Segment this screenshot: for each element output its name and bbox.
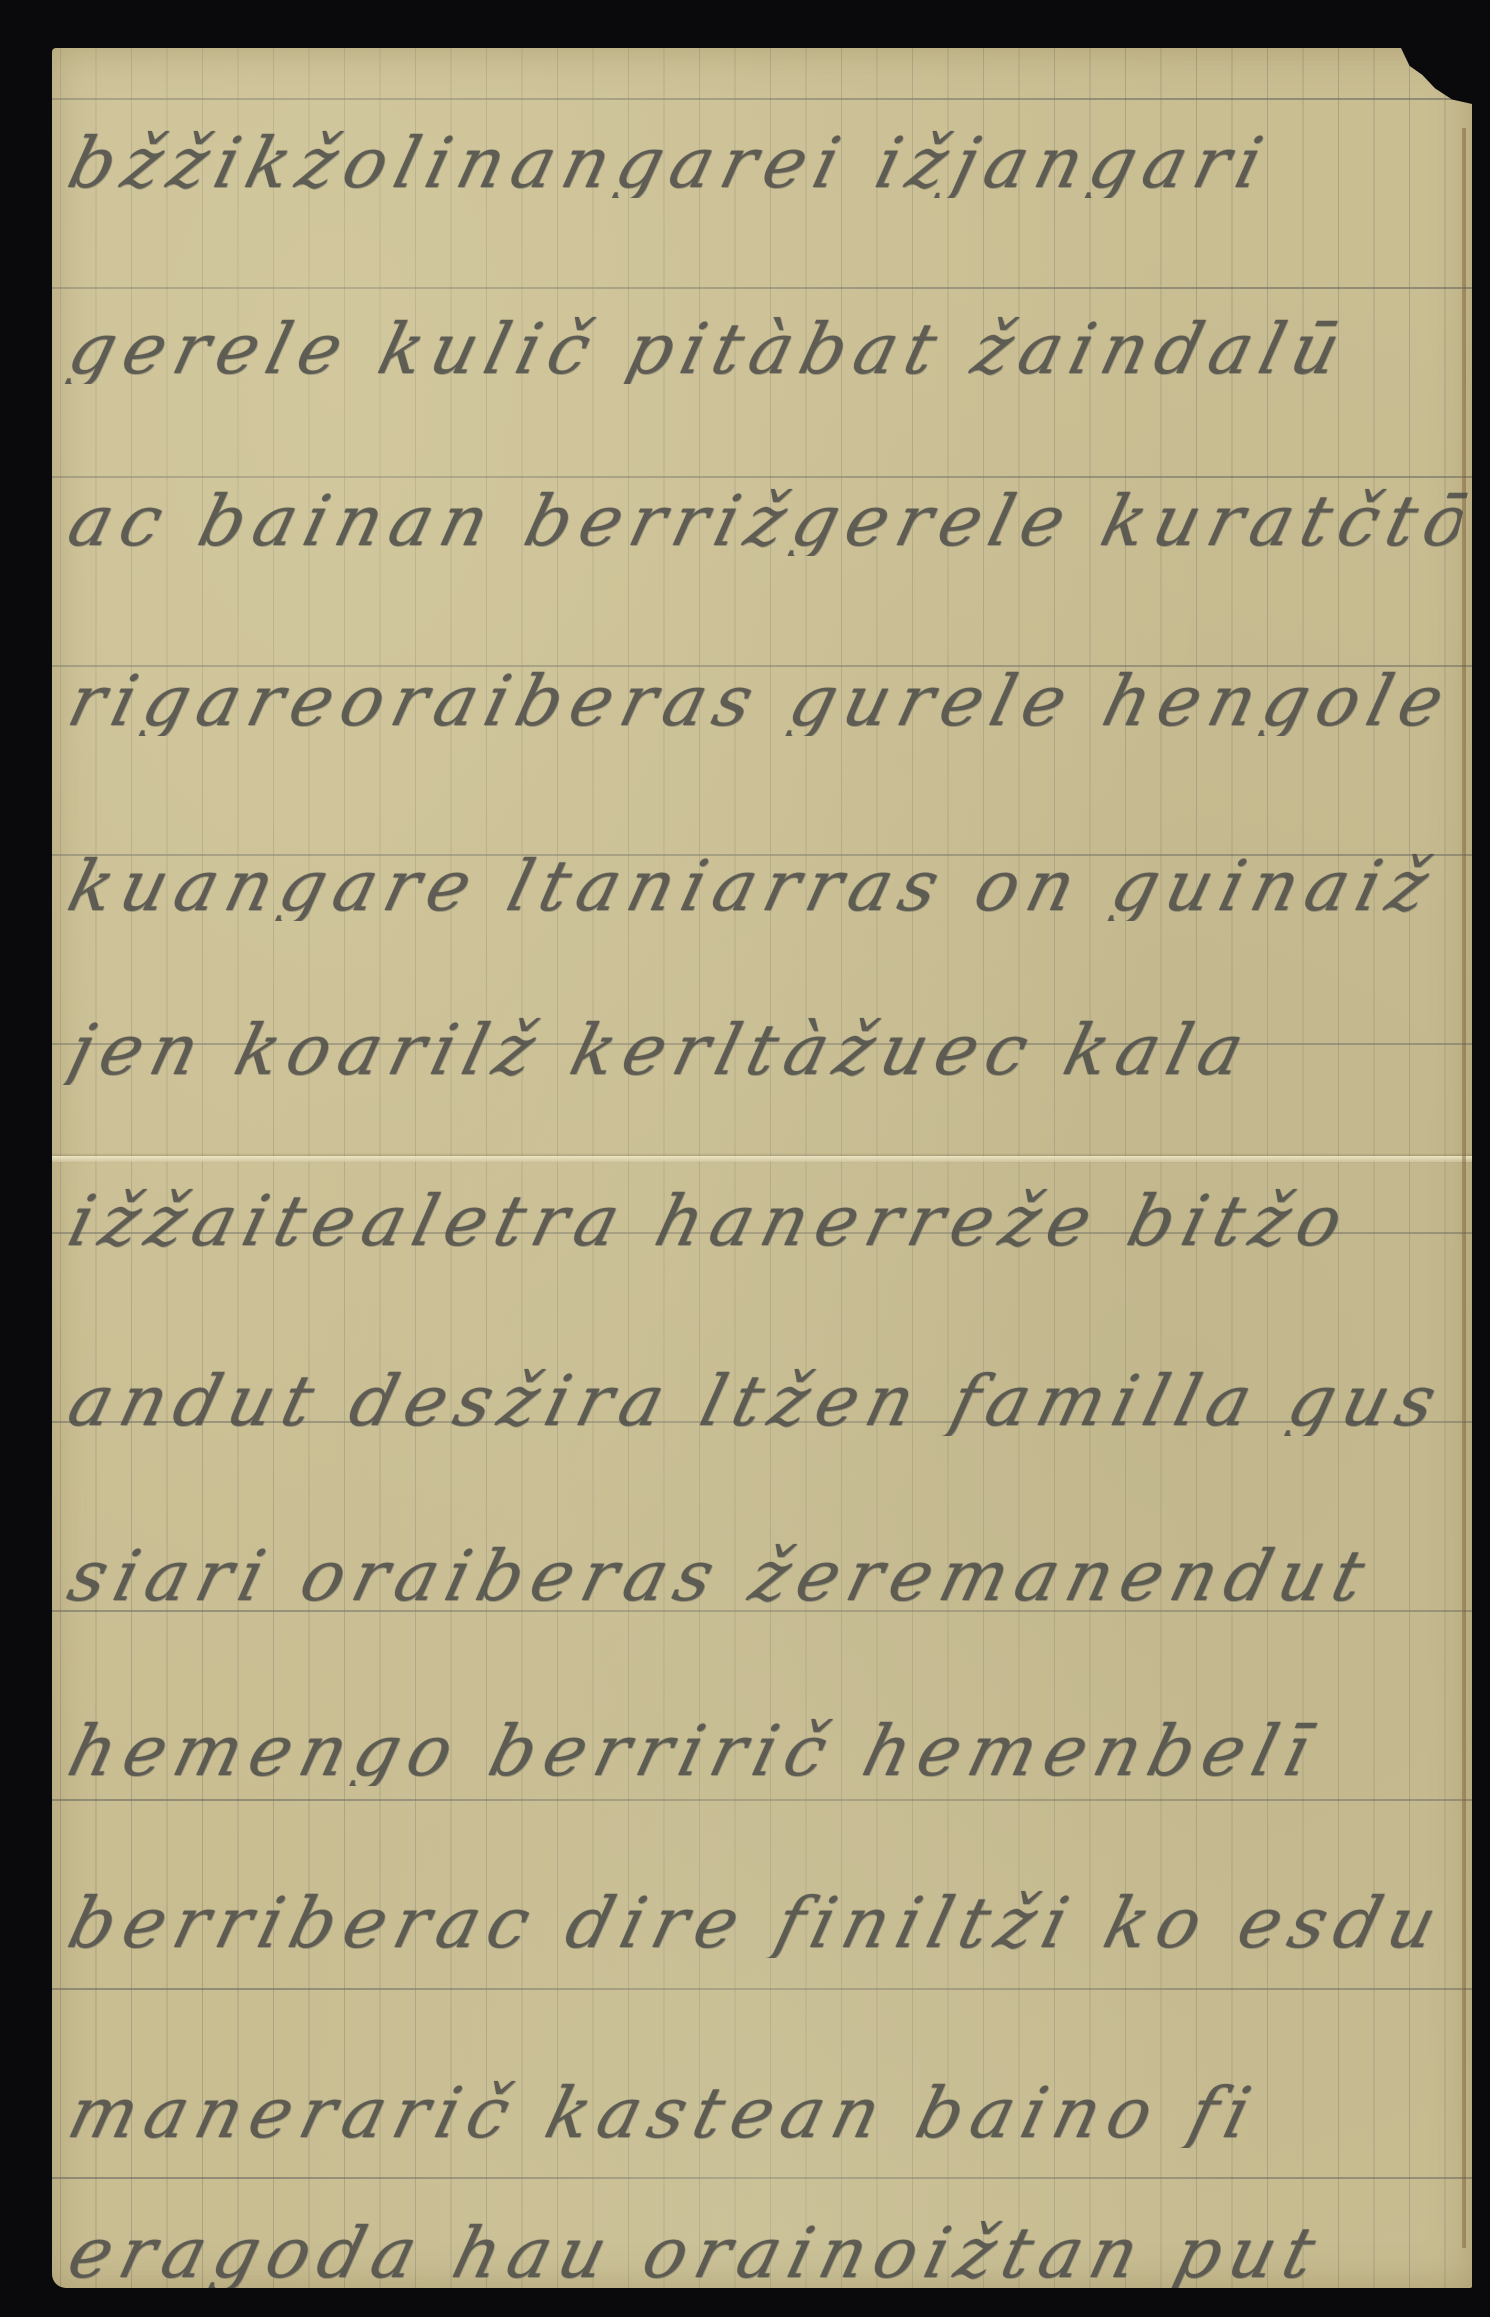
handwritten-line: ižžaitealetra hanerreže bitžo [62, 1186, 1469, 1256]
handwritten-line: berriberac dire finiltži ko esdu [62, 1888, 1469, 1958]
handwritten-line: siari oraiberas žeremanendut [62, 1541, 1469, 1611]
handwritten-line: manerarič kastean baino fi [62, 2078, 1469, 2148]
handwritten-line: ac bainan berrižgerele kuratčtōr [62, 486, 1469, 556]
handwritten-line: rigareoraiberas gurele hengole [62, 666, 1469, 736]
handwritten-line: andut desžira ltžen familla gus [62, 1366, 1469, 1436]
handwritten-line: bžžikžolinangarei ižjangari [62, 128, 1469, 198]
handwritten-line: gerele kulič pitàbat žaindalū [62, 314, 1469, 384]
handwritten-line: eragoda hau orainoižtan put [62, 2218, 1469, 2288]
handwritten-line: hemengo berririč hemenbelī [62, 1716, 1469, 1786]
document-page: bžžikžolinangarei ižjangari gerele kulič… [52, 48, 1472, 2288]
handwritten-line: jen koarilž kerltàžuec kala [62, 1015, 1469, 1085]
handwritten-line: kuangare ltaniarras on guinaiž [62, 851, 1469, 921]
handwritten-text-block: bžžikžolinangarei ižjangari gerele kulič… [52, 48, 1472, 2288]
